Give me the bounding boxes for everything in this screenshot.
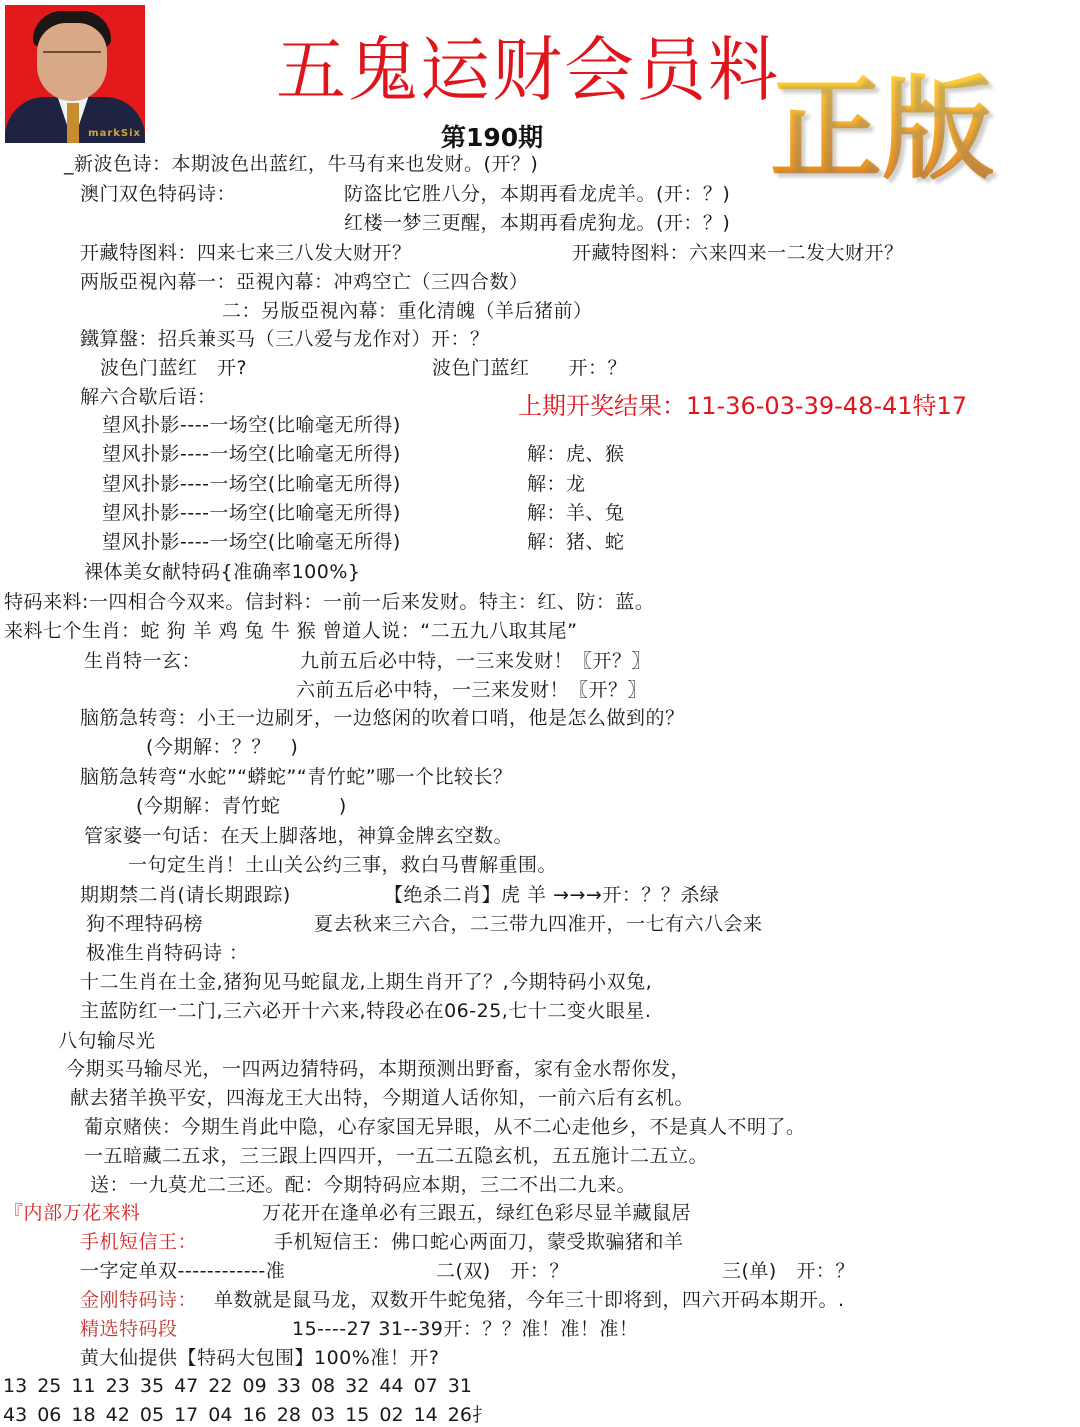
selected-range-label: 精选特码段 [80, 1317, 178, 1341]
eight-lines-2: 献去猪羊换平安，四海龙王大出特，今期道人话你知，一前六后有玄机。 [70, 1086, 694, 1110]
xiehouyu-item: 望风扑影----一场空(比喻毫无所得) [102, 442, 401, 466]
sms-king-text: 手机短信王：佛口蛇心两面刀，蒙受欺骗猪和羊 [274, 1230, 684, 1254]
issue-number: 第190期 [441, 118, 543, 154]
xiehouyu-item: 望风扑影----一场空(比喻毫无所得) [102, 413, 401, 437]
housekeeper-saying: 管家婆一句话：在天上脚落地，神算金牌玄空数。 [84, 824, 513, 848]
vajra-poem-text: 单数就是鼠马龙，双数开牛蛇兔猪，今年三十即将到，四六开码本期开。. [214, 1288, 845, 1312]
wave-color-2: 波色门蓝红 开：？ [432, 356, 627, 380]
xiehouyu-answer: 解：虎、猴 [527, 442, 625, 466]
sms-king-label: 手机短信王： [80, 1230, 197, 1254]
brain-teaser-2: 脑筋急转弯“水蛇”“蟒蛇”“青竹蛇”哪一个比较长？ [80, 765, 513, 789]
accurate-zodiac-poem-label: 极准生肖特码诗 ： [86, 941, 249, 965]
banned-zodiacs-label: 期期禁二肖(请长期跟踪) [80, 883, 291, 907]
last-draw-result: 上期开奖结果：11-36-03-39-48-41特17 [518, 392, 967, 420]
macau-two-color-poem-1: 防盗比它胜八分，本期再看龙虎羊。(开：？) [344, 182, 730, 206]
one-line-zodiac: 一句定生肖！土山关公约三事，救白马曹解重围。 [128, 853, 557, 877]
portrait-logo: markSix [88, 128, 141, 139]
kill-two-zodiacs: 【绝杀二肖】虎 羊 →→→开：？？杀绿 [384, 883, 719, 907]
odd-even-three: 三(单) 开：？ [722, 1259, 855, 1283]
xiehouyu-item: 望风扑影----一场空(比喻毫无所得) [102, 472, 401, 496]
bonus-line: 送：一九莫尤二三还。配：今期特码应本期，三二不出二九来。 [90, 1173, 636, 1197]
seven-zodiacs: 来料七个生肖：蛇 狗 羊 鸡 兔 牛 猴 曾道人说：“二五九八取其尾” [4, 619, 577, 643]
brain-teaser-2-answer: (今期解：青竹蛇 ) [136, 794, 347, 818]
macau-two-color-label: 澳门双色特码诗： [80, 182, 236, 206]
hidden-mystery-line: 一五暗藏二五求，三三跟上四四开，一五二五隐玄机，五五施计二五立。 [84, 1144, 708, 1168]
portrait-image: markSix [5, 5, 145, 143]
macau-two-color-poem-2: 红楼一梦三更醒，本期再看虎狗龙。(开：？) [344, 211, 730, 235]
zodiac-mystery-2: 六前五后必中特，一三来发财！〖开？〗 [296, 678, 647, 702]
selected-range-text: 15----27 31--39开：？？准！准！准！ [292, 1317, 638, 1341]
xiehouyu-heading: 解六合歇后语： [80, 385, 217, 409]
atv-insider-2: 二：另版亞視內幕：重化清魄（羊后猪前） [222, 299, 593, 323]
brain-teaser-1: 脑筋急转弯：小王一边刷牙，一边悠闲的吹着口哨，他是怎么做到的？ [80, 706, 685, 730]
eight-lines-heading: 八句输尽光 [58, 1029, 156, 1053]
special-code-source: 特码来料:一四相合今双来。信封料：一前一后来发财。特主：红、防：蓝。 [4, 590, 654, 614]
xiehouyu-item: 望风扑影----一场空(比喻毫无所得) [102, 530, 401, 554]
xiehouyu-answer: 解：龙 [527, 472, 586, 496]
goubuli-list-label: 狗不理特码榜 [86, 912, 203, 936]
accuracy-claim: 裸体美女献特码{准确率100%} [84, 560, 361, 584]
insider-wanhua-label: 『内部万花来料 [4, 1201, 141, 1225]
zodiac-mystery-1: 九前五后必中特，一三来发财！〖开？〗 [300, 649, 651, 673]
page-title: 五鬼运财会员料 [276, 30, 780, 110]
zodiac-poem-line-2: 主蓝防红一二门,三六必开十六来,特段必在06-25,七十二变火眼星. [80, 999, 651, 1023]
iron-abacus: 鐵算盤：招兵兼买马（三八爱与龙作对）开：？ [80, 327, 490, 351]
number-row-2: 43 06 18 42 05 17 04 16 28 03 15 02 14 2… [3, 1403, 491, 1427]
xiehouyu-answer: 解：猪、蛇 [527, 530, 625, 554]
xiehouyu-item: 望风扑影----一场空(比喻毫无所得) [102, 501, 401, 525]
brain-teaser-1-answer: (今期解：？？ ) [146, 735, 298, 759]
eight-lines-1: 今期买马输尽光，一四两边猜特码，本期预测出野畜，家有金水帮你发， [66, 1057, 690, 1081]
xiehouyu-answer: 解：羊、兔 [527, 501, 625, 525]
wave-color-1: 波色门蓝红 开? [100, 356, 247, 380]
odd-even-two: 二(双) 开：？ [436, 1259, 569, 1283]
genuine-stamp: 正版 [770, 70, 994, 190]
goubuli-list-text: 夏去秋来三六合，二三带九四准开，一七有六八会来 [314, 912, 763, 936]
odd-even-label: 一字定单双------------准 [80, 1259, 285, 1283]
atv-insider-1: 两版亞視內幕一：亞視內幕：冲鸡空亡（三四合数） [80, 270, 529, 294]
zodiac-mystery-label: 生肖特一玄： [84, 649, 201, 673]
hidden-picture-clue-2: 开藏特图料：六来四来一二发大财开？ [572, 241, 904, 265]
insider-wanhua-text: 万花开在逢单必有三跟五，绿红色彩尽显羊藏鼠居 [262, 1201, 691, 1225]
zodiac-poem-line-1: 十二生肖在土金,猪狗见马蛇鼠龙,上期生肖开了？,今期特码小双兔, [80, 970, 652, 994]
wong-tai-sin-claim: 黄大仙提供【特码大包围】100%准！开? [80, 1346, 439, 1370]
vajra-poem-label: 金刚特码诗： [80, 1288, 197, 1312]
lisboa-gambler: 葡京赌侠：今期生肖此中隐，心存家国无异眼，从不二心走他乡，不是真人不明了。 [84, 1115, 806, 1139]
new-wave-color-poem: _新波色诗：本期波色出蓝红，牛马有来也发财。(开？) [64, 152, 538, 176]
hidden-picture-clue-1: 开藏特图料：四来七来三八发大财开？ [80, 241, 412, 265]
number-row-1: 13 25 11 23 35 47 22 09 33 08 32 44 07 3… [3, 1374, 472, 1398]
